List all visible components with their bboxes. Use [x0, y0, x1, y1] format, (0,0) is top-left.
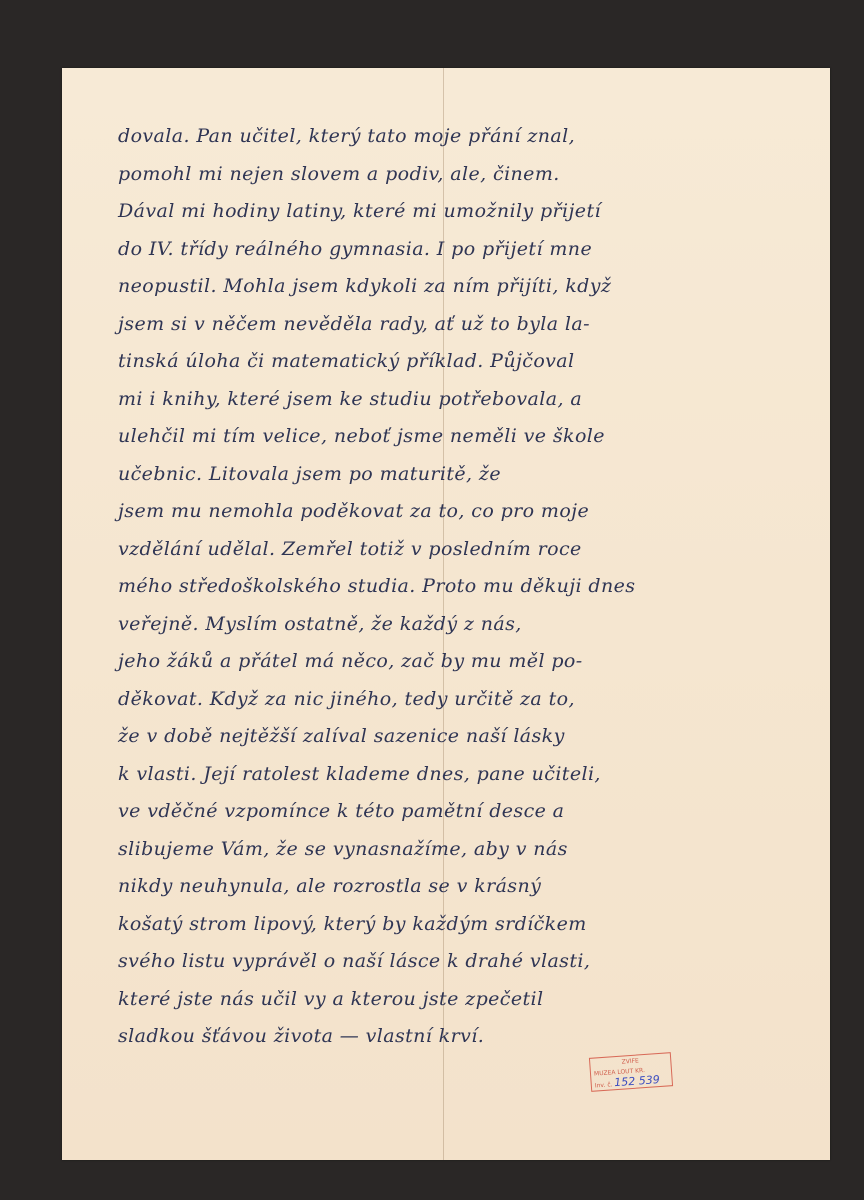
text-line: vzdělání udělal. Zemřel totiž v poslední… [118, 531, 818, 569]
text-line: tinská úloha či matematický příklad. Půj… [118, 343, 818, 381]
inventory-label: Inv. č. [595, 1081, 613, 1089]
text-line: že v době nejtěžší zalíval sazenice naší… [118, 718, 818, 756]
museum-inventory-stamp: ZVIFE MUZEA LOUT KR. Inv. č. 152 539 [589, 1052, 673, 1092]
text-line: mého středoškolského studia. Proto mu dě… [118, 568, 818, 606]
text-line: slibujeme Vám, že se vynasnažíme, aby v … [118, 831, 818, 869]
text-line: ve vděčné vzpomínce k této pamětní desce… [118, 793, 818, 831]
text-line: neopustil. Mohla jsem kdykoli za ním při… [118, 268, 818, 306]
text-line: k vlasti. Její ratolest klademe dnes, pa… [118, 756, 818, 794]
handwritten-text: dovala. Pan učitel, který tato moje přán… [118, 118, 818, 1056]
text-line: pomohl mi nejen slovem a podiv, ale, čin… [118, 156, 818, 194]
text-line: jsem mu nemohla poděkovat za to, co pro … [118, 493, 818, 531]
text-line: jeho žáků a přátel má něco, zač by mu mě… [118, 643, 818, 681]
text-line: jsem si v něčem nevěděla rady, ať už to … [118, 306, 818, 344]
text-line: sladkou šťávou života — vlastní krví. [118, 1018, 818, 1056]
text-line: učebnic. Litovala jsem po maturitě, že [118, 456, 818, 494]
text-line: dovala. Pan učitel, který tato moje přán… [118, 118, 818, 156]
text-line: košatý strom lipový, který by každým srd… [118, 906, 818, 944]
text-line: veřejně. Myslím ostatně, že každý z nás, [118, 606, 818, 644]
text-line: ulehčil mi tím velice, neboť jsme neměli… [118, 418, 818, 456]
text-line: nikdy neuhynula, ale rozrostla se v krás… [118, 868, 818, 906]
inventory-number: 152 539 [614, 1073, 660, 1089]
text-line: Dával mi hodiny latiny, které mi umožnil… [118, 193, 818, 231]
text-line: svého listu vyprávěl o naší lásce k drah… [118, 943, 818, 981]
text-line: mi i knihy, které jsem ke studiu potřebo… [118, 381, 818, 419]
text-line: do IV. třídy reálného gymnasia. I po při… [118, 231, 818, 269]
text-line: které jste nás učil vy a kterou jste zpe… [118, 981, 818, 1019]
text-line: děkovat. Když za nic jiného, tedy určitě… [118, 681, 818, 719]
